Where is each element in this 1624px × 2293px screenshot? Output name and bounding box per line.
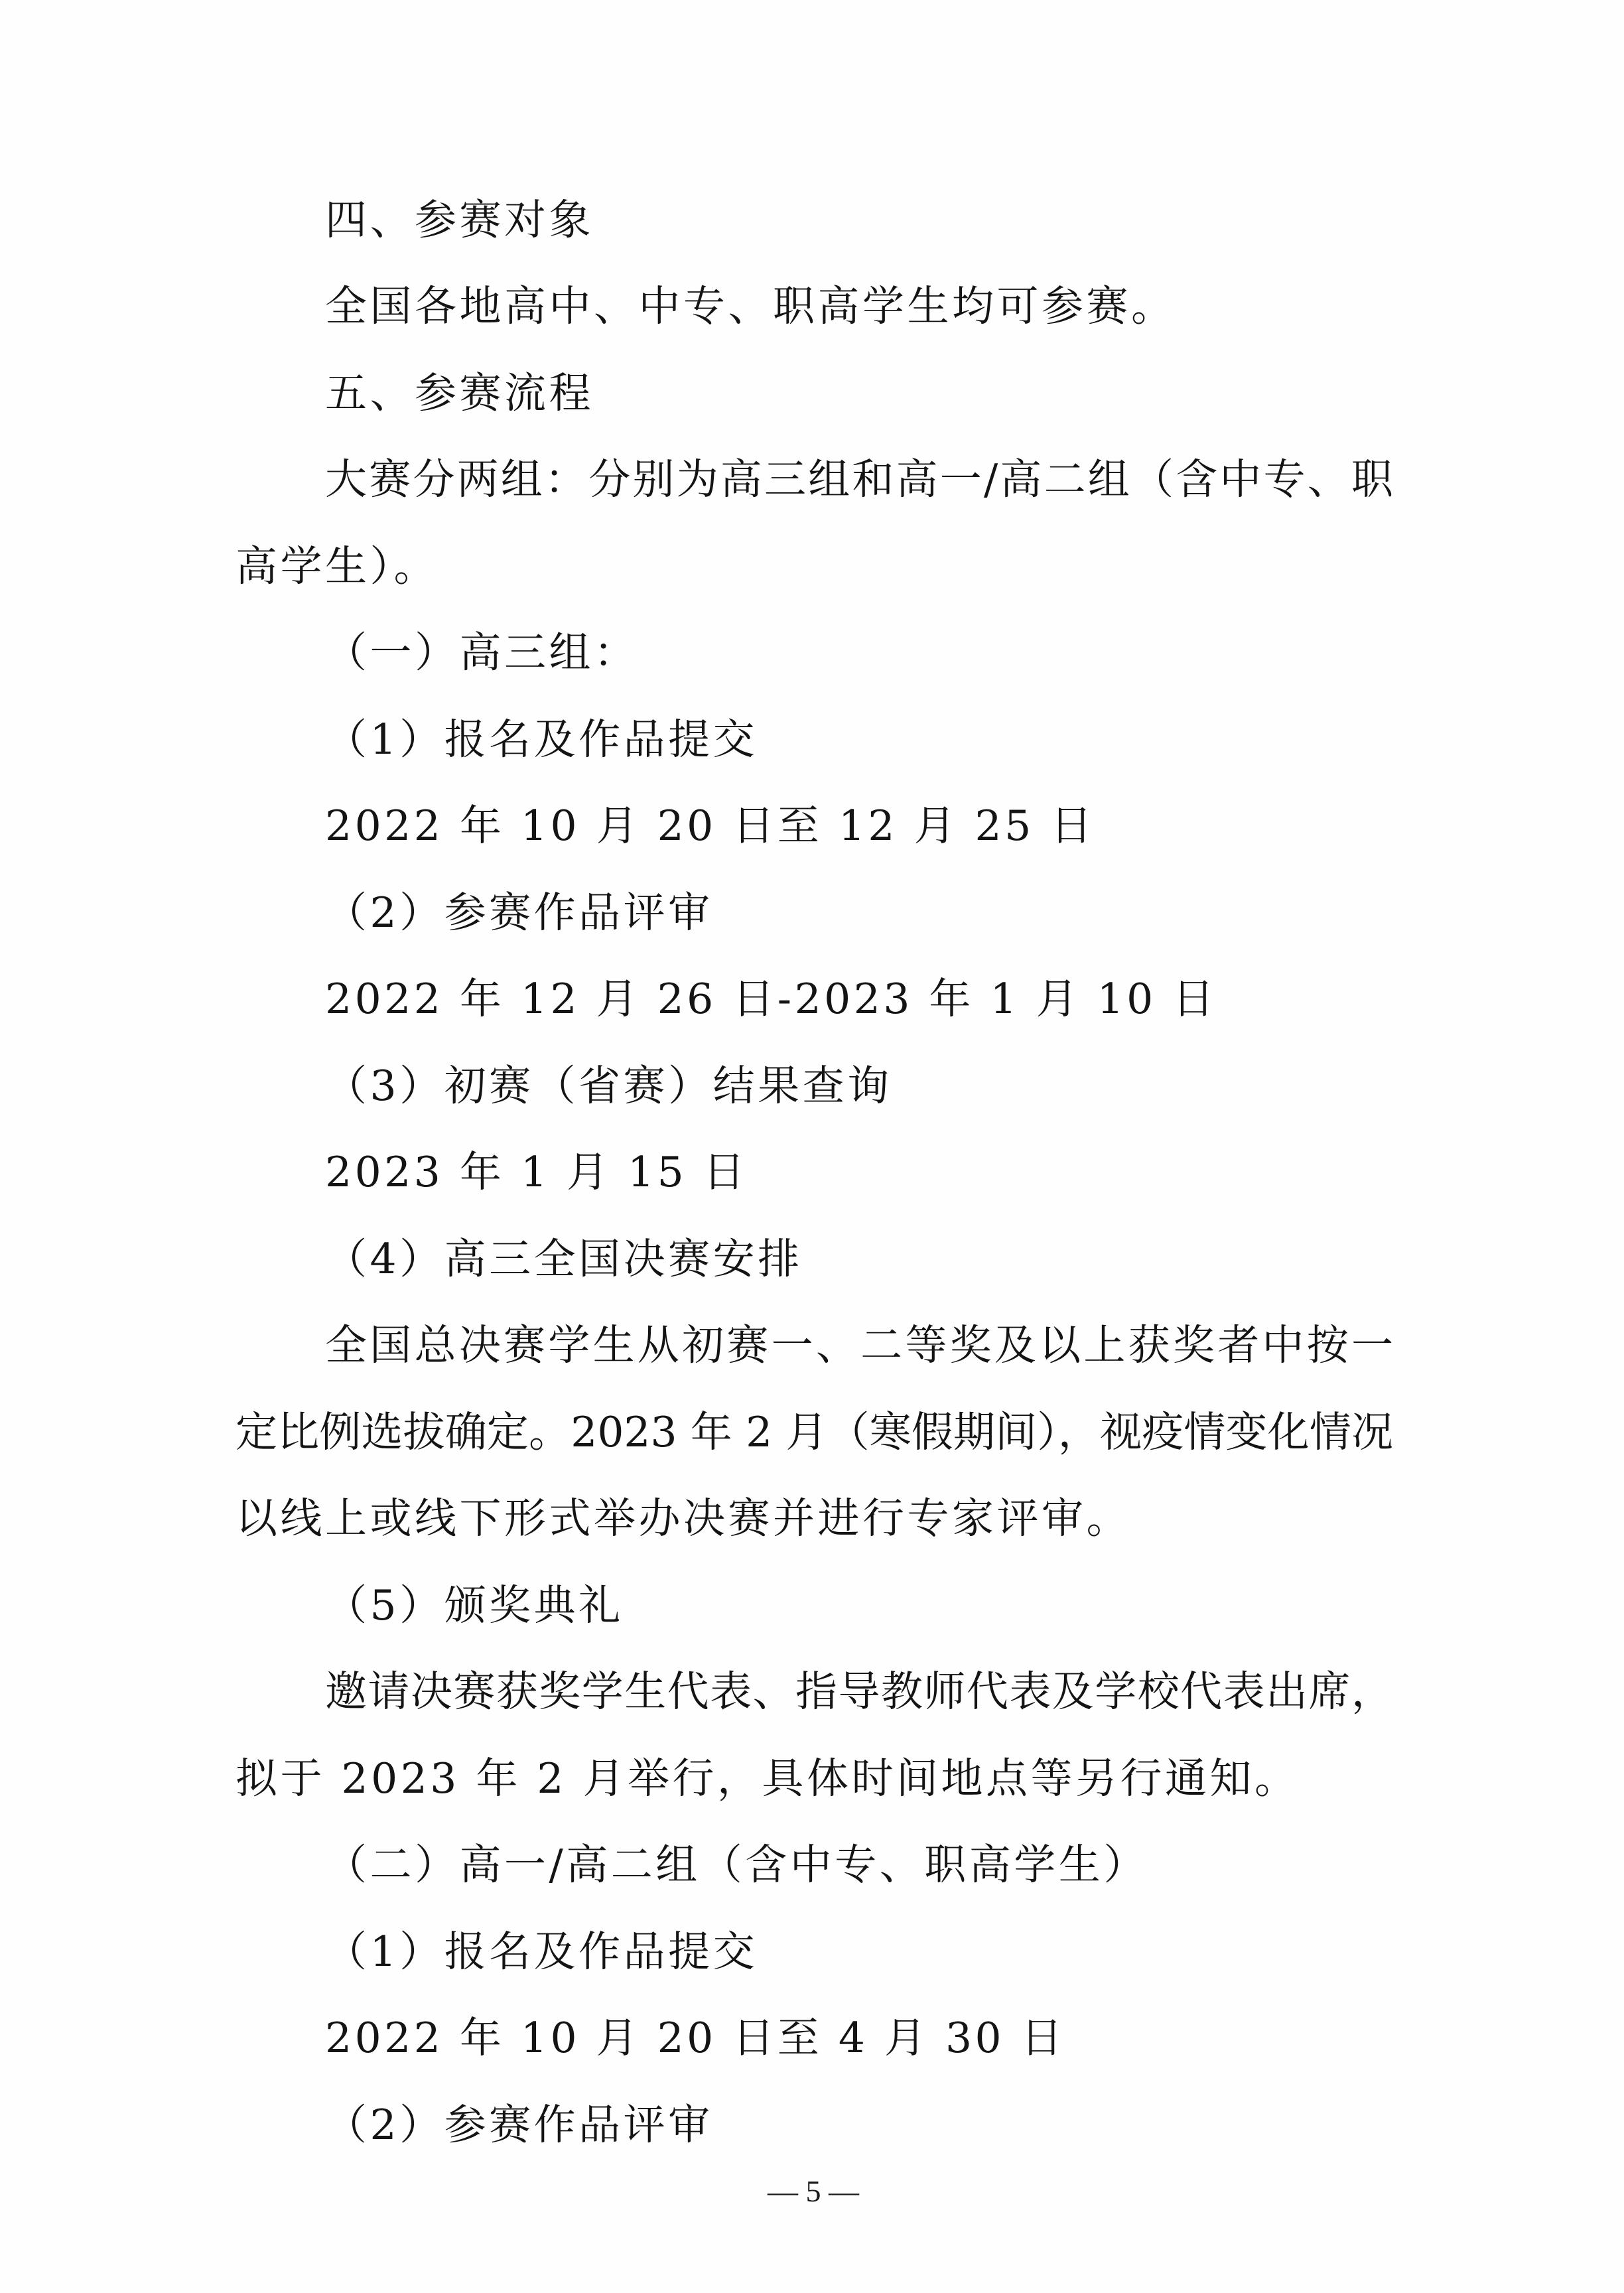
date-review: 2022 年 12 月 26 日-2023 年 1 月 10 日 xyxy=(325,973,1217,1026)
document-page: 四、参赛对象 全国各地高中、中专、职高学生均可参赛。 五、参赛流程 大赛分两组：… xyxy=(0,0,1624,2293)
group-heading-senior3: （一）高三组： xyxy=(325,626,639,679)
paragraph-national-final-continuation-1: 定比例选拔确定。2023 年 2 月（寒假期间），视疫情变化情况 xyxy=(236,1406,1393,1459)
step-heading-national-final: （4）高三全国决赛安排 xyxy=(325,1233,803,1286)
step-heading-award-ceremony: （5）颁奖典礼 xyxy=(325,1579,624,1632)
section-heading-process: 五、参赛流程 xyxy=(325,367,594,420)
date-registration-2: 2022 年 10 月 20 日至 4 月 30 日 xyxy=(325,2012,1065,2065)
date-preliminary-results: 2023 年 1 月 15 日 xyxy=(325,1146,748,1199)
paragraph-groups: 大赛分两组：分别为高三组和高一/高二组（含中专、职 xyxy=(325,453,1393,506)
group-heading-senior1-2: （二）高一/高二组（含中专、职高学生） xyxy=(325,1839,1148,1892)
step-heading-review-2: （2）参赛作品评审 xyxy=(325,2099,713,2152)
paragraph-eligibility: 全国各地高中、中专、职高学生均可参赛。 xyxy=(325,280,1176,333)
step-heading-registration: （1）报名及作品提交 xyxy=(325,713,758,766)
paragraph-award-ceremony-continuation: 拟于 2023 年 2 月举行，具体时间地点等另行通知。 xyxy=(236,1752,1300,1805)
step-heading-registration-2: （1）报名及作品提交 xyxy=(325,1925,758,1979)
section-heading-participants: 四、参赛对象 xyxy=(325,194,594,247)
paragraph-award-ceremony: 邀请决赛获奖学生代表、指导教师代表及学校代表出席， xyxy=(325,1665,1393,1718)
step-heading-preliminary-results: （3）初赛（省赛）结果查询 xyxy=(325,1060,892,1113)
paragraph-national-final-continuation-2: 以线上或线下形式举办决赛并进行专家评审。 xyxy=(236,1492,1131,1545)
step-heading-review: （2）参赛作品评审 xyxy=(325,886,713,939)
page-number: — 5 — xyxy=(747,2172,880,2211)
paragraph-groups-continuation: 高学生）。 xyxy=(236,540,439,593)
date-registration: 2022 年 10 月 20 日至 12 月 25 日 xyxy=(325,799,1095,853)
paragraph-national-final: 全国总决赛学生从初赛一、二等奖及以上获奖者中按一 xyxy=(325,1319,1393,1372)
